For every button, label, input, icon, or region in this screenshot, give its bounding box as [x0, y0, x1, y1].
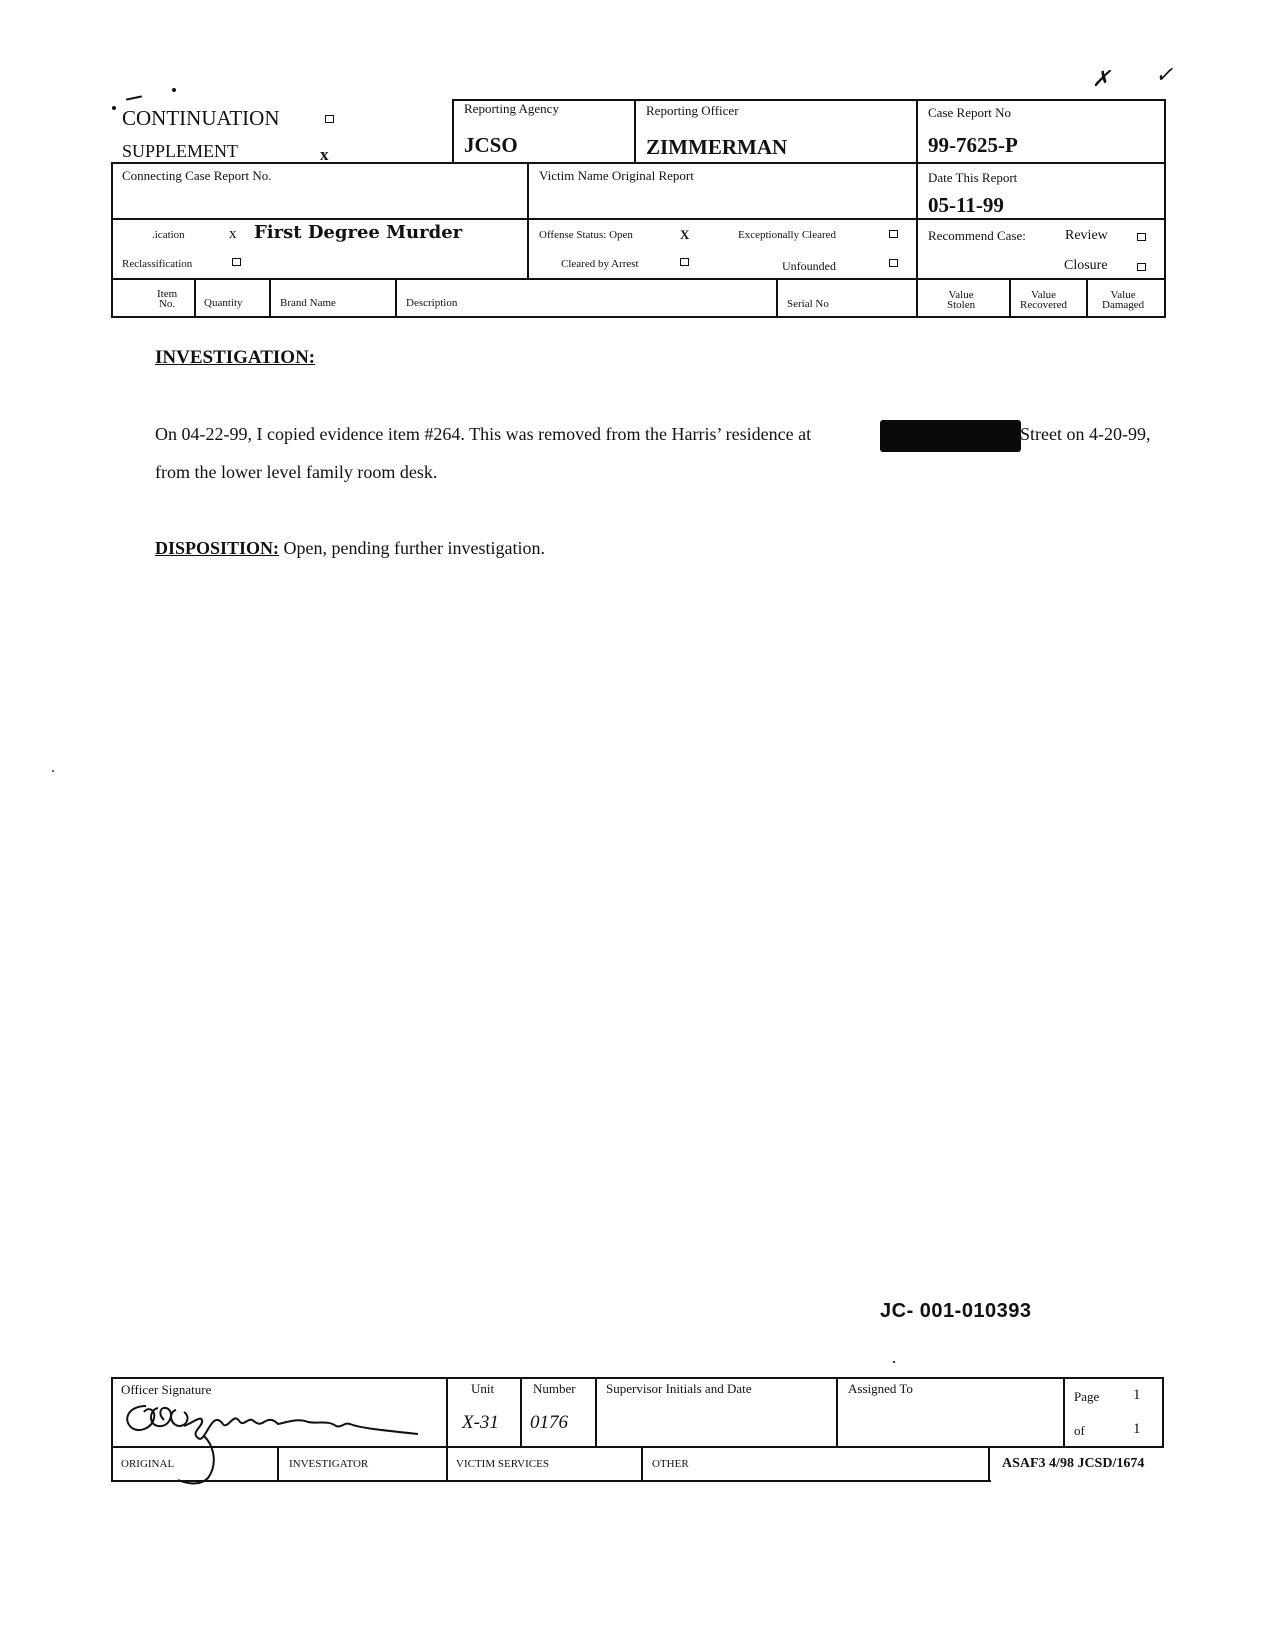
form-line	[1162, 1377, 1164, 1448]
form-line	[111, 1377, 1164, 1379]
redaction-bar	[880, 420, 1021, 452]
page-value: 1	[1133, 1387, 1141, 1404]
form-line	[1086, 278, 1088, 318]
review-label: Review	[1065, 228, 1108, 244]
exceptionally-cleared-label: Exceptionally Cleared	[738, 229, 836, 241]
stray-dot	[893, 1361, 895, 1363]
page-label: Page	[1074, 1389, 1099, 1405]
stray-dot	[112, 106, 116, 110]
cleared-by-arrest-label: Cleared by Arrest	[561, 258, 639, 270]
reporting-agency-label: Reporting Agency	[464, 101, 559, 117]
officer-signature	[118, 1398, 458, 1488]
col-quantity: Quantity	[204, 297, 243, 309]
supplement-label: SUPPLEMENT	[122, 141, 238, 162]
continuation-label: CONTINUATION	[122, 106, 279, 131]
reporting-officer-label: Reporting Officer	[646, 103, 739, 119]
stray-dash	[126, 95, 142, 100]
case-report-no-value: 99-7625-P	[928, 133, 1018, 158]
form-line	[1009, 278, 1011, 318]
col-value-stolen: Value Stolen	[947, 290, 975, 310]
form-line	[111, 1377, 113, 1482]
bates-number: JC- 001-010393	[880, 1300, 1032, 1323]
form-line	[527, 162, 529, 279]
case-report-no-label: Case Report No	[928, 105, 1011, 121]
form-line	[111, 218, 1166, 220]
offense-status-label: Offense Status: Open	[539, 229, 633, 241]
of-label: of	[1074, 1423, 1085, 1439]
narrative-line-2: from the lower level family room desk.	[155, 462, 437, 483]
victim-name-label: Victim Name Original Report	[539, 168, 694, 184]
col-serial-no: Serial No	[787, 298, 829, 310]
unfounded-label: Unfounded	[782, 259, 836, 274]
unfounded-checkbox[interactable]	[889, 259, 898, 267]
classification-label: .ication	[152, 229, 185, 241]
number-label: Number	[533, 1381, 576, 1397]
disposition-line: DISPOSITION: Open, pending further inves…	[155, 538, 545, 559]
stray-dot	[52, 770, 54, 772]
form-line	[1164, 99, 1166, 318]
narrative-line-1b: Street on 4-20-99,	[1020, 424, 1150, 445]
check-mark-x-icon: ✗	[1092, 66, 1110, 92]
recommend-case-label: Recommend Case:	[928, 228, 1026, 244]
reporting-officer-value: ZIMMERMAN	[646, 135, 787, 160]
form-line	[776, 278, 778, 318]
unit-label: Unit	[471, 1381, 494, 1397]
form-line	[641, 1446, 643, 1482]
dist-victim-services: VICTIM SERVICES	[456, 1458, 549, 1470]
exceptionally-cleared-checkbox[interactable]	[889, 230, 898, 238]
form-line	[916, 99, 918, 318]
form-line	[395, 278, 397, 318]
form-line	[1063, 1377, 1065, 1448]
form-line	[111, 162, 1166, 164]
officer-signature-label: Officer Signature	[121, 1382, 211, 1398]
supervisor-label: Supervisor Initials and Date	[606, 1381, 752, 1397]
date-this-report-value: 05-11-99	[928, 193, 1004, 218]
reclassification-label: Reclassification	[122, 258, 192, 270]
unit-value: X-31	[462, 1412, 499, 1434]
form-line	[111, 162, 113, 318]
narrative-line-1a: On 04-22-99, I copied evidence item #264…	[155, 424, 811, 445]
form-line	[634, 99, 636, 163]
connecting-case-label: Connecting Case Report No.	[122, 168, 271, 184]
reclassification-checkbox[interactable]	[232, 258, 241, 266]
col-value-damaged: Value Damaged	[1102, 290, 1144, 310]
form-line	[836, 1377, 838, 1448]
col-value-recovered: Value Recovered	[1020, 290, 1067, 310]
dist-investigator: INVESTIGATOR	[289, 1458, 368, 1470]
cleared-by-arrest-checkbox[interactable]	[680, 258, 689, 266]
form-line	[194, 278, 196, 318]
form-line	[269, 278, 271, 318]
form-line	[452, 99, 454, 163]
form-line	[520, 1377, 522, 1448]
closure-checkbox[interactable]	[1137, 263, 1146, 271]
continuation-checkbox[interactable]	[325, 115, 334, 123]
number-value: 0176	[530, 1412, 568, 1434]
dist-other: OTHER	[652, 1458, 689, 1470]
form-line	[595, 1377, 597, 1448]
disposition-heading: DISPOSITION:	[155, 538, 279, 558]
form-line	[452, 99, 1166, 101]
classification-value: First Degree Murder	[254, 222, 462, 243]
of-value: 1	[1133, 1421, 1141, 1438]
assigned-to-label: Assigned To	[848, 1381, 913, 1397]
disposition-text: Open, pending further investigation.	[279, 538, 545, 558]
form-code: ASAF3 4/98 JCSD/1674	[1002, 1456, 1144, 1472]
date-this-report-label: Date This Report	[928, 170, 1017, 186]
review-checkbox[interactable]	[1137, 233, 1146, 241]
check-mark-icon: ✓	[1155, 62, 1173, 88]
stray-dot	[172, 88, 176, 92]
reporting-agency-value: JCSO	[464, 133, 518, 158]
offense-open-mark: X	[680, 227, 689, 243]
classification-mark: x	[229, 226, 237, 243]
col-description: Description	[406, 297, 457, 309]
form-line	[988, 1446, 990, 1482]
dist-original: ORIGINAL	[121, 1458, 174, 1470]
col-item-no: Item No.	[157, 289, 177, 309]
col-brand-name: Brand Name	[280, 297, 336, 309]
closure-label: Closure	[1064, 258, 1108, 274]
investigation-heading: INVESTIGATION:	[155, 347, 315, 369]
